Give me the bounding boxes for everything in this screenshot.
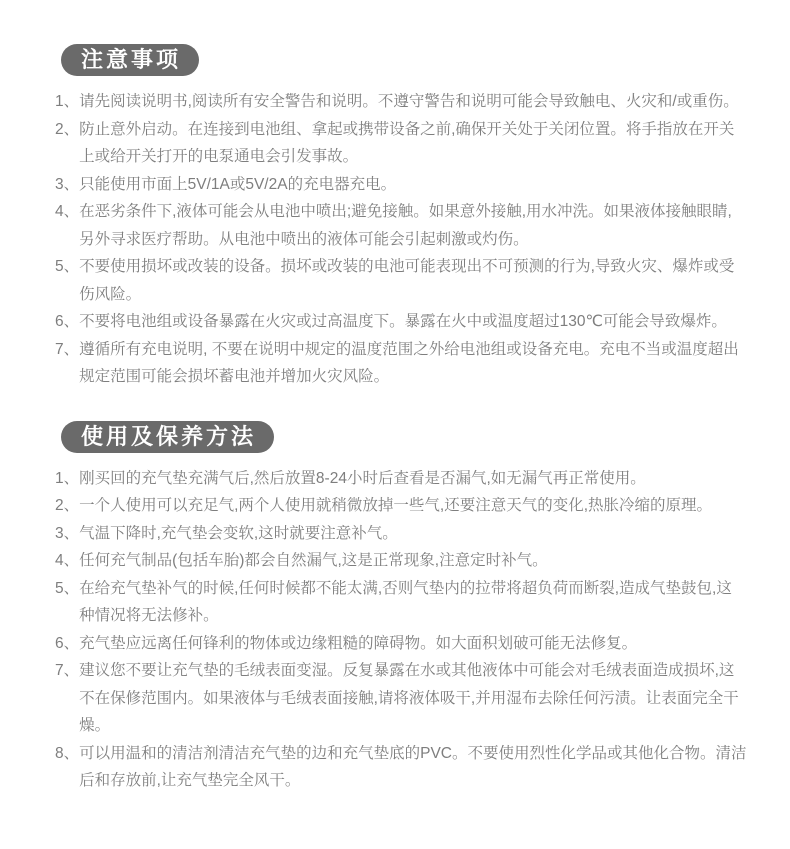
- item-number: 7、: [55, 657, 79, 740]
- item-number: 4、: [55, 547, 79, 575]
- item-text: 在恶劣条件下,液体可能会从电池中喷出;避免接触。如果意外接触,用水冲洗。如果液体…: [79, 198, 747, 253]
- item-number: 6、: [55, 630, 79, 658]
- section-title-pill: 使用及保养方法: [61, 421, 274, 453]
- list-item: 7、建议您不要让充气垫的毛绒表面变湿。反复暴露在水或其他液体中可能会对毛绒表面造…: [55, 657, 747, 740]
- item-text: 一个人使用可以充足气,两个人使用就稍微放掉一些气,还要注意天气的变化,热胀冷缩的…: [79, 492, 747, 520]
- item-number: 1、: [55, 465, 79, 493]
- item-number: 2、: [55, 116, 79, 171]
- item-number: 8、: [55, 740, 79, 795]
- item-text: 刚买回的充气垫充满气后,然后放置8-24小时后查看是否漏气,如无漏气再正常使用。: [79, 465, 747, 493]
- section: 注意事项1、请先阅读说明书,阅读所有安全警告和说明。不遵守警告和说明可能会导致触…: [0, 44, 790, 391]
- document-page: 注意事项1、请先阅读说明书,阅读所有安全警告和说明。不遵守警告和说明可能会导致触…: [0, 44, 790, 795]
- item-text: 防止意外启动。在连接到电池组、拿起或携带设备之前,确保开关处于关闭位置。将手指放…: [79, 116, 747, 171]
- list-item: 5、在给充气垫补气的时候,任何时候都不能太满,否则气垫内的拉带将超负荷而断裂,造…: [55, 575, 747, 630]
- item-text: 请先阅读说明书,阅读所有安全警告和说明。不遵守警告和说明可能会导致触电、火灾和/…: [79, 88, 747, 116]
- section-title: 注意事项: [81, 47, 181, 72]
- list-item: 2、一个人使用可以充足气,两个人使用就稍微放掉一些气,还要注意天气的变化,热胀冷…: [55, 492, 747, 520]
- item-number: 5、: [55, 253, 79, 308]
- item-text: 充气垫应远离任何锋利的物体或边缘粗糙的障碍物。如大面积划破可能无法修复。: [79, 630, 747, 658]
- item-text: 任何充气制品(包括车胎)都会自然漏气,这是正常现象,注意定时补气。: [79, 547, 747, 575]
- item-text: 不要将电池组或设备暴露在火灾或过高温度下。暴露在火中或温度超过130℃可能会导致…: [79, 308, 747, 336]
- list-item: 3、只能使用市面上5V/1A或5V/2A的充电器充电。: [55, 171, 747, 199]
- item-number: 1、: [55, 88, 79, 116]
- list-item: 8、可以用温和的清洁剂清洁充气垫的边和充气垫底的PVC。不要使用烈性化学品或其他…: [55, 740, 747, 795]
- list-item: 4、在恶劣条件下,液体可能会从电池中喷出;避免接触。如果意外接触,用水冲洗。如果…: [55, 198, 747, 253]
- list-item: 1、请先阅读说明书,阅读所有安全警告和说明。不遵守警告和说明可能会导致触电、火灾…: [55, 88, 747, 116]
- item-text: 气温下降时,充气垫会变软,这时就要注意补气。: [79, 520, 747, 548]
- item-text: 不要使用损坏或改装的设备。损坏或改装的电池可能表现出不可预测的行为,导致火灾、爆…: [79, 253, 747, 308]
- item-number: 4、: [55, 198, 79, 253]
- section-title-pill: 注意事项: [61, 44, 199, 76]
- item-number: 6、: [55, 308, 79, 336]
- item-number: 3、: [55, 520, 79, 548]
- item-number: 3、: [55, 171, 79, 199]
- item-number: 7、: [55, 336, 79, 391]
- list-item: 6、不要将电池组或设备暴露在火灾或过高温度下。暴露在火中或温度超过130℃可能会…: [55, 308, 747, 336]
- item-text: 在给充气垫补气的时候,任何时候都不能太满,否则气垫内的拉带将超负荷而断裂,造成气…: [79, 575, 747, 630]
- section-item-list: 1、请先阅读说明书,阅读所有安全警告和说明。不遵守警告和说明可能会导致触电、火灾…: [55, 88, 747, 391]
- item-number: 2、: [55, 492, 79, 520]
- list-item: 1、刚买回的充气垫充满气后,然后放置8-24小时后查看是否漏气,如无漏气再正常使…: [55, 465, 747, 493]
- item-number: 5、: [55, 575, 79, 630]
- list-item: 7、遵循所有充电说明, 不要在说明中规定的温度范围之外给电池组或设备充电。充电不…: [55, 336, 747, 391]
- item-text: 建议您不要让充气垫的毛绒表面变湿。反复暴露在水或其他液体中可能会对毛绒表面造成损…: [79, 657, 747, 740]
- list-item: 5、不要使用损坏或改装的设备。损坏或改装的电池可能表现出不可预测的行为,导致火灾…: [55, 253, 747, 308]
- item-text: 只能使用市面上5V/1A或5V/2A的充电器充电。: [79, 171, 747, 199]
- section-item-list: 1、刚买回的充气垫充满气后,然后放置8-24小时后查看是否漏气,如无漏气再正常使…: [55, 465, 747, 795]
- list-item: 6、充气垫应远离任何锋利的物体或边缘粗糙的障碍物。如大面积划破可能无法修复。: [55, 630, 747, 658]
- list-item: 4、任何充气制品(包括车胎)都会自然漏气,这是正常现象,注意定时补气。: [55, 547, 747, 575]
- section-title: 使用及保养方法: [81, 424, 256, 449]
- section: 使用及保养方法1、刚买回的充气垫充满气后,然后放置8-24小时后查看是否漏气,如…: [0, 421, 790, 795]
- item-text: 遵循所有充电说明, 不要在说明中规定的温度范围之外给电池组或设备充电。充电不当或…: [79, 336, 747, 391]
- item-text: 可以用温和的清洁剂清洁充气垫的边和充气垫底的PVC。不要使用烈性化学品或其他化合…: [79, 740, 747, 795]
- list-item: 2、防止意外启动。在连接到电池组、拿起或携带设备之前,确保开关处于关闭位置。将手…: [55, 116, 747, 171]
- list-item: 3、气温下降时,充气垫会变软,这时就要注意补气。: [55, 520, 747, 548]
